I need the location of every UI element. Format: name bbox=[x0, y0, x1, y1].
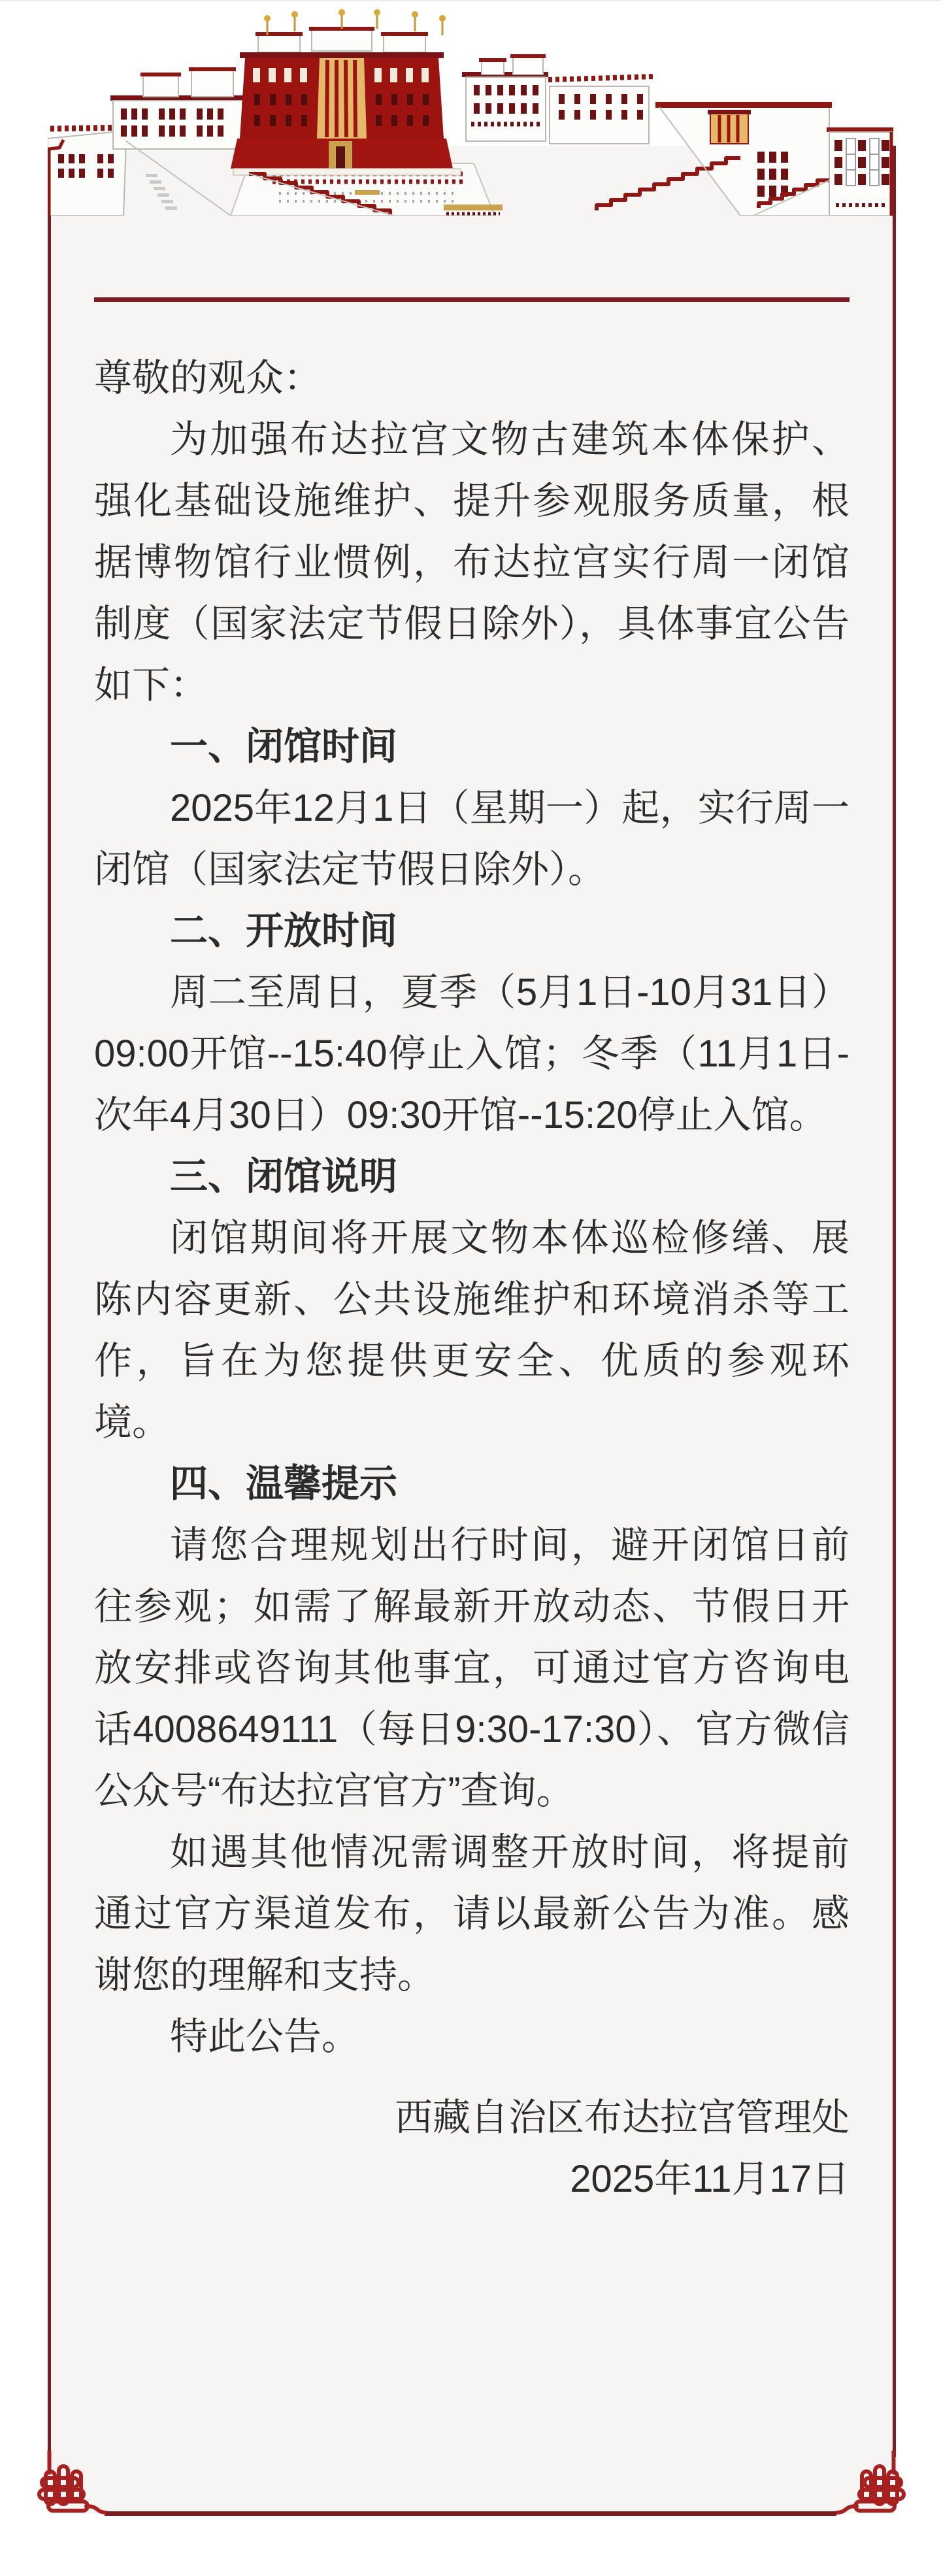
section-heading-closure-note: 三、闭馆说明 bbox=[94, 1146, 850, 1208]
announcement-paragraph-closing: 特此公告。 bbox=[94, 2006, 850, 2068]
section-heading-open-time: 二、开放时间 bbox=[94, 900, 850, 962]
announcement-body: 尊敬的观众： 为加强布达拉宫文物古建筑本体保护、强化基础设施维护、提升参观服务质… bbox=[94, 348, 850, 2210]
section-heading-tips: 四、温馨提示 bbox=[94, 1453, 850, 1515]
announcement-paragraph-adjust: 如遇其他情况需调整开放时间，将提前通过官方渠道发布，请以最新公告为准。感谢您的理… bbox=[94, 1822, 850, 2006]
announcement-greeting: 尊敬的观众： bbox=[94, 348, 850, 409]
announcement-paragraph-intro: 为加强布达拉宫文物古建筑本体保护、强化基础设施维护、提升参观服务质量，根据博物馆… bbox=[94, 409, 850, 716]
signature-organization: 西藏自治区布达拉宫管理处 bbox=[94, 2087, 850, 2149]
potala-palace-illustration bbox=[48, 9, 893, 216]
announcement-paragraph-note: 闭馆期间将开展文物本体巡检修缮、展陈内容更新、公共设施维护和环境消杀等工作，旨在… bbox=[94, 1208, 850, 1453]
top-hairline bbox=[0, 0, 941, 1]
announcement-paragraph-closure: 2025年12月1日（星期一）起，实行周一闭馆（国家法定节假日除外）。 bbox=[94, 778, 850, 900]
signature-block: 西藏自治区布达拉宫管理处 2025年11月17日 bbox=[94, 2087, 850, 2210]
header-divider bbox=[94, 297, 850, 302]
announcement-paragraph-open: 周二至周日，夏季（5月1日-10月31日）09:00开馆--15:40停止入馆；… bbox=[94, 962, 850, 1146]
section-heading-closure-time: 一、闭馆时间 bbox=[94, 716, 850, 778]
signature-date: 2025年11月17日 bbox=[94, 2149, 850, 2210]
announcement-paragraph-tips: 请您合理规划出行时间，避开闭馆日前往参观；如需了解最新开放动态、节假日开放安排或… bbox=[94, 1515, 850, 1822]
chinese-knot-ornament-left bbox=[34, 2451, 107, 2518]
page: 尊敬的观众： 为加强布达拉宫文物古建筑本体保护、强化基础设施维护、提升参观服务质… bbox=[0, 0, 941, 2576]
content-frame-lower bbox=[51, 2457, 893, 2513]
footer-border-line bbox=[105, 2511, 836, 2516]
chinese-knot-ornament-right bbox=[836, 2451, 909, 2518]
